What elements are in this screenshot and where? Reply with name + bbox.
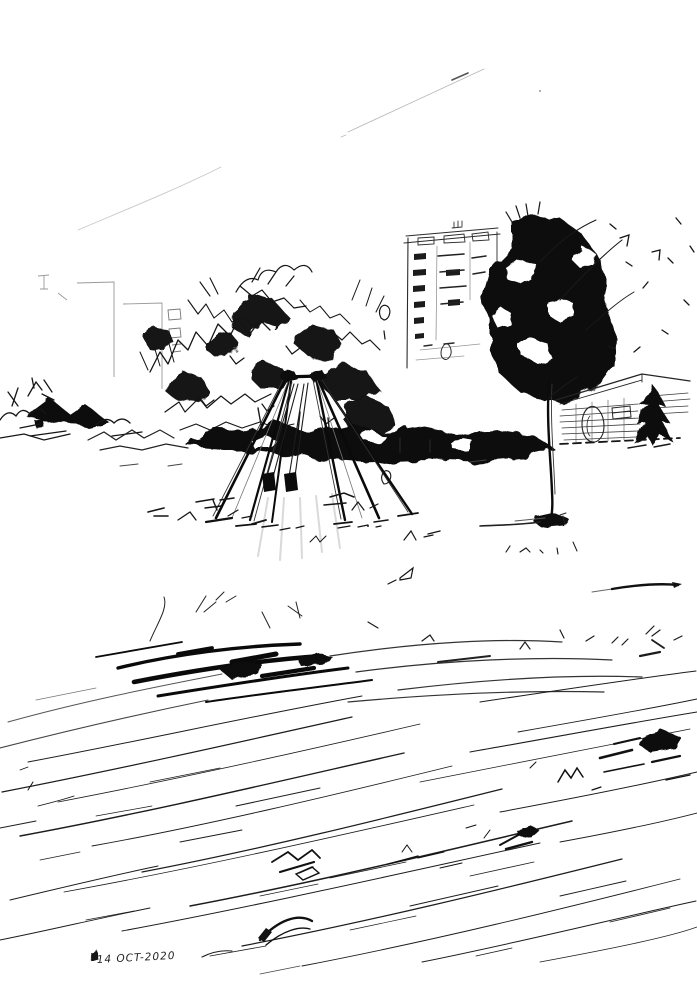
hedge-band: [88, 422, 554, 466]
grass-leaf-icon: [388, 568, 413, 584]
houses-left: [0, 378, 142, 440]
roof-antenna-icon: [452, 221, 462, 228]
scattered-leaves: [608, 218, 694, 352]
brush-cluster: [0, 592, 682, 748]
sketch-page: 14 OCT-2020: [0, 0, 697, 999]
sky-contrail-lines: [78, 69, 541, 230]
shed-window: [612, 406, 631, 419]
swing-seat: [262, 472, 298, 492]
meadow-dark-tufts: [20, 730, 690, 945]
conifer-tree: [628, 384, 673, 448]
falling-leaf-icon: [380, 305, 390, 339]
shed-door: [582, 406, 604, 442]
signature-date: 14 OCT-2020: [97, 950, 176, 966]
ink-sketch-drawing: 14 OCT-2020: [0, 0, 697, 999]
meadow-grass-strokes: [0, 671, 697, 974]
dark-tree: [482, 202, 694, 402]
signature: 14 OCT-2020: [89, 949, 176, 966]
